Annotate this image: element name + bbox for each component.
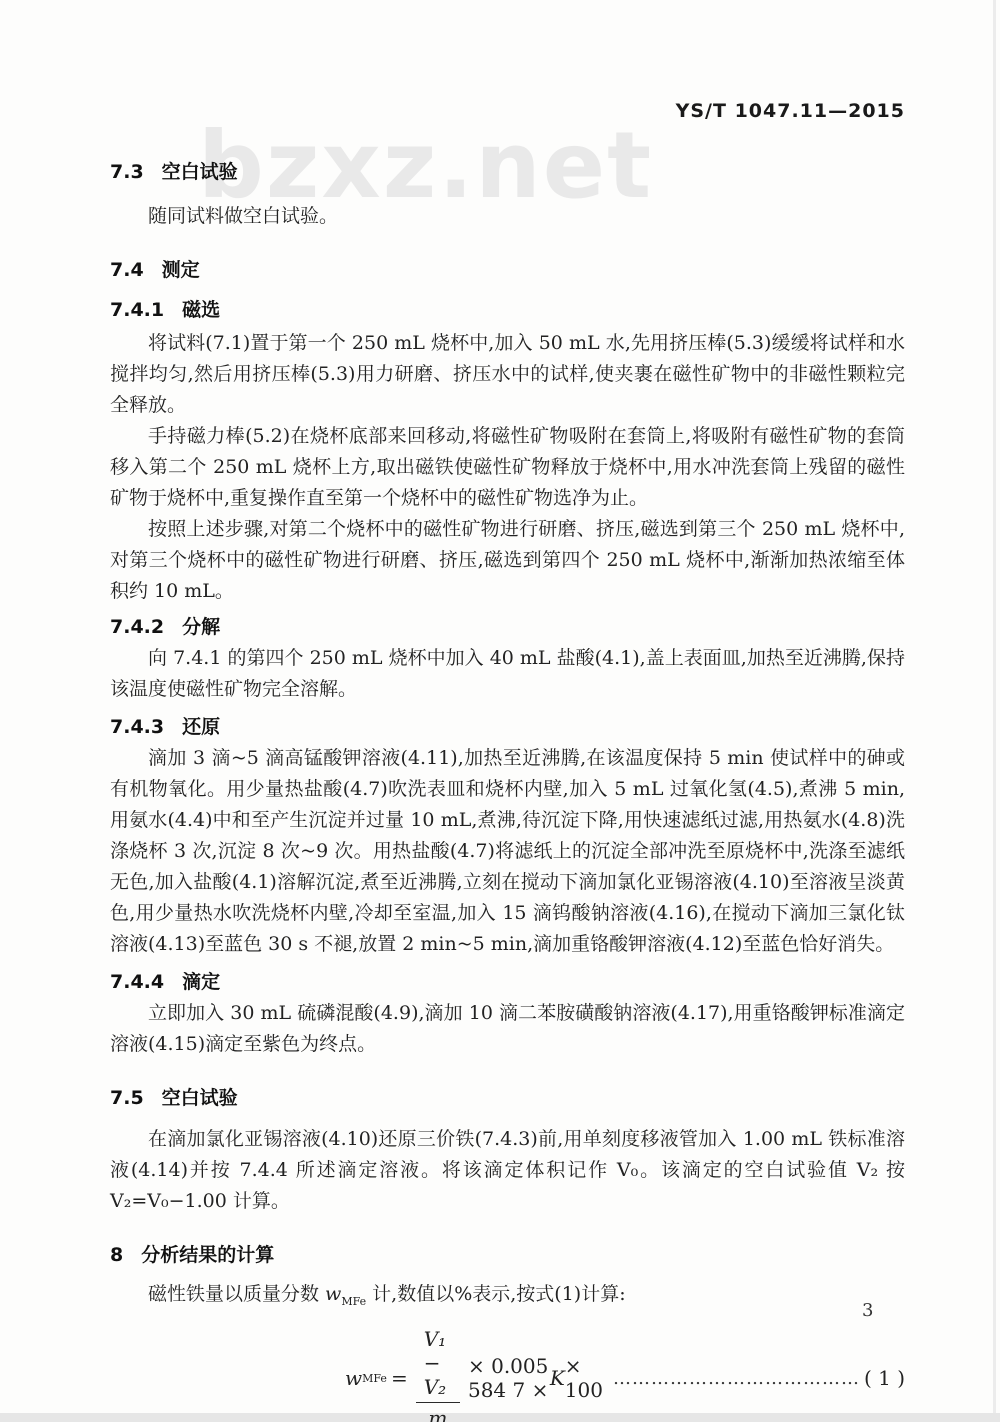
paragraph-7-5: 在滴加氯化亚锡溶液(4.10)还原三价铁(7.4.3)前,用单刻度移液管加入 1… bbox=[110, 1124, 905, 1217]
formula-1: wMFe = V₁ − V₂ m × 0.005 584 7 × K × 100… bbox=[345, 1327, 905, 1422]
heading-7-4-4: 7.4.4滴定 bbox=[110, 970, 905, 994]
heading-7-5: 7.5空白试验 bbox=[110, 1086, 905, 1110]
heading-title: 测定 bbox=[162, 259, 200, 281]
heading-7-4-1: 7.4.1磁选 bbox=[110, 298, 905, 322]
heading-number: 7.3 bbox=[110, 160, 144, 184]
heading-number: 7.5 bbox=[110, 1086, 144, 1110]
formula-multiplier-post: × 100 bbox=[565, 1354, 603, 1402]
fraction: V₁ − V₂ m bbox=[416, 1327, 460, 1422]
page-content: YS/T 1047.11—2015 7.3空白试验 随同试料做空白试验。 7.4… bbox=[0, 0, 1000, 1422]
heading-title: 空白试验 bbox=[162, 161, 238, 183]
heading-title: 分析结果的计算 bbox=[141, 1244, 274, 1266]
formula-multiplier-pre: × 0.005 584 7 × bbox=[468, 1354, 550, 1402]
heading-number: 7.4.2 bbox=[110, 615, 164, 639]
heading-number: 7.4.4 bbox=[110, 970, 164, 994]
equals-sign: = bbox=[391, 1366, 408, 1390]
fraction-denominator: m bbox=[428, 1403, 447, 1422]
intro-text-pre: 磁性铁量以质量分数 bbox=[148, 1283, 325, 1305]
heading-number: 7.4 bbox=[110, 258, 144, 282]
heading-number: 7.4.1 bbox=[110, 298, 164, 322]
paragraph-7-4-4: 立即加入 30 mL 硫磷混酸(4.9),滴加 10 滴二苯胺磺酸钠溶液(4.1… bbox=[110, 998, 905, 1060]
paragraph-7-4-1-b: 手持磁力棒(5.2)在烧杯底部来回移动,将磁性矿物吸附在套筒上,将吸附有磁性矿物… bbox=[110, 421, 905, 514]
heading-title: 空白试验 bbox=[162, 1087, 238, 1109]
heading-title: 滴定 bbox=[182, 971, 220, 993]
paragraph-7-4-1-a: 将试料(7.1)置于第一个 250 mL 烧杯中,加入 50 mL 水,先用挤压… bbox=[110, 328, 905, 421]
heading-number: 8 bbox=[110, 1243, 123, 1267]
heading-7-4-2: 7.4.2分解 bbox=[110, 615, 905, 639]
paragraph-7-4-3: 滴加 3 滴~5 滴高锰酸钾溶液(4.11),加热至近沸腾,在该温度保持 5 m… bbox=[110, 743, 905, 960]
paragraph-7-4-1-c: 按照上述步骤,对第二个烧杯中的磁性矿物进行研磨、挤压,磁选到第三个 250 mL… bbox=[110, 514, 905, 607]
heading-7-4-3: 7.4.3还原 bbox=[110, 715, 905, 739]
dotted-leader: ………………………………… bbox=[613, 1368, 860, 1389]
paragraph-7-3: 随同试料做空白试验。 bbox=[110, 201, 905, 232]
fraction-numerator: V₁ − V₂ bbox=[416, 1327, 460, 1403]
page-number: 3 bbox=[862, 1300, 873, 1321]
paragraph-8-intro: 磁性铁量以质量分数 wMFe 计,数值以%表示,按式(1)计算: bbox=[110, 1279, 905, 1317]
formula-lhs-variable: w bbox=[345, 1366, 362, 1390]
equation-number: ( 1 ) bbox=[864, 1366, 905, 1390]
formula-lhs-subscript: MFe bbox=[362, 1372, 387, 1385]
w-variable: w bbox=[325, 1283, 341, 1305]
k-variable: K bbox=[550, 1366, 565, 1390]
w-subscript: MFe bbox=[341, 1295, 366, 1308]
heading-7-4: 7.4测定 bbox=[110, 258, 905, 282]
paragraph-7-4-2: 向 7.4.1 的第四个 250 mL 烧杯中加入 40 mL 盐酸(4.1),… bbox=[110, 643, 905, 705]
heading-title: 分解 bbox=[182, 616, 220, 638]
document-page: bzxz.net YS/T 1047.11—2015 7.3空白试验 随同试料做… bbox=[0, 0, 1000, 1422]
heading-title: 磁选 bbox=[182, 299, 220, 321]
heading-8: 8分析结果的计算 bbox=[110, 1243, 905, 1267]
standard-number: YS/T 1047.11—2015 bbox=[110, 0, 905, 122]
heading-7-3: 7.3空白试验 bbox=[110, 160, 905, 184]
heading-title: 还原 bbox=[182, 716, 220, 738]
intro-text-post: 计,数值以%表示,按式(1)计算: bbox=[366, 1283, 626, 1305]
heading-number: 7.4.3 bbox=[110, 715, 164, 739]
